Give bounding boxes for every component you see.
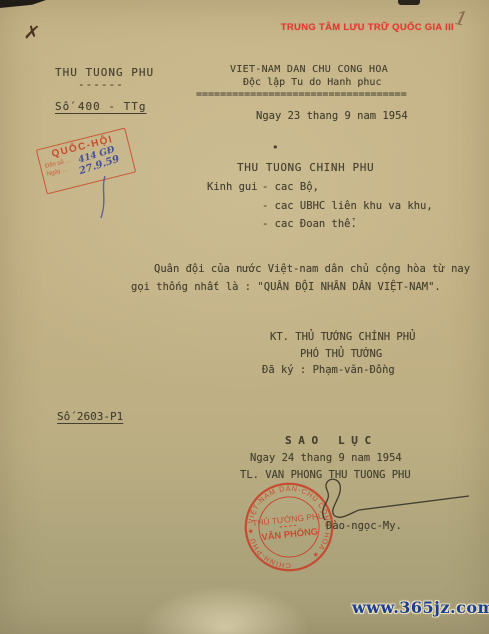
issue-date: Ngay 23 thang 9 nam 1954 [256,110,408,122]
office-rule: ------ [78,78,124,91]
scan-edge-artifact [398,0,420,5]
letterhead-separator: =================================== [196,89,407,100]
copy-signer-name: Đào-ngọc-My. [326,520,402,532]
watermark-url: www.365jz.com [352,598,489,617]
body-paragraph-line2: gọi thống nhất là : "QUÂN ĐỘI NHÂN DÂN V… [131,281,441,293]
section-mark: • [272,141,279,154]
copy-reference-number: Số 2603-P1 [57,410,123,423]
scanned-document-page: TRUNG TÂM LƯU TRỮ QUỐC GIA III 1 ✗ THU T… [0,0,489,634]
archive-banner: TRUNG TÂM LƯU TRỮ QUỐC GIA III [281,22,454,33]
salutation: Kinh gui [207,181,258,193]
national-motto: Độc lập Tu do Hanh phuc [243,77,381,88]
recipient-line: - cac UBHC liên khu va khu, [262,200,433,212]
signatory-position: PHÓ THỦ TƯỚNG [300,348,382,360]
copy-date: Ngay 24 thang 9 nam 1954 [250,452,402,464]
handwritten-page-number: 1 [453,7,469,31]
recipient-line: - cac Bộ, [262,181,319,193]
handwritten-pen-stroke [96,176,112,220]
recipient-line: - cac Đoan thể. [262,218,357,230]
sender-title: THU TUONG CHINH PHU [237,161,374,174]
signed-note: Đã ký : Phạm-văn-Đồng [262,364,395,376]
handwritten-check-mark: ✗ [23,21,42,45]
receipt-stamp: QUỐC-HỘI Đến số … Ngày … 414 GĐ 27.9.59 [36,128,136,195]
body-paragraph-line1: Quân đội của nước Việt-nam dân chủ cộng … [154,263,470,275]
copy-title: S A O L Ụ C [285,434,371,447]
national-title: VIET-NAM DAN CHU CONG HOA [230,64,388,75]
document-number: Số 400 - TTg [55,100,146,113]
signatory-authority: KT. THỦ TƯỚNG CHÍNH PHỦ [270,331,415,343]
scan-corner-artifact [0,0,46,8]
